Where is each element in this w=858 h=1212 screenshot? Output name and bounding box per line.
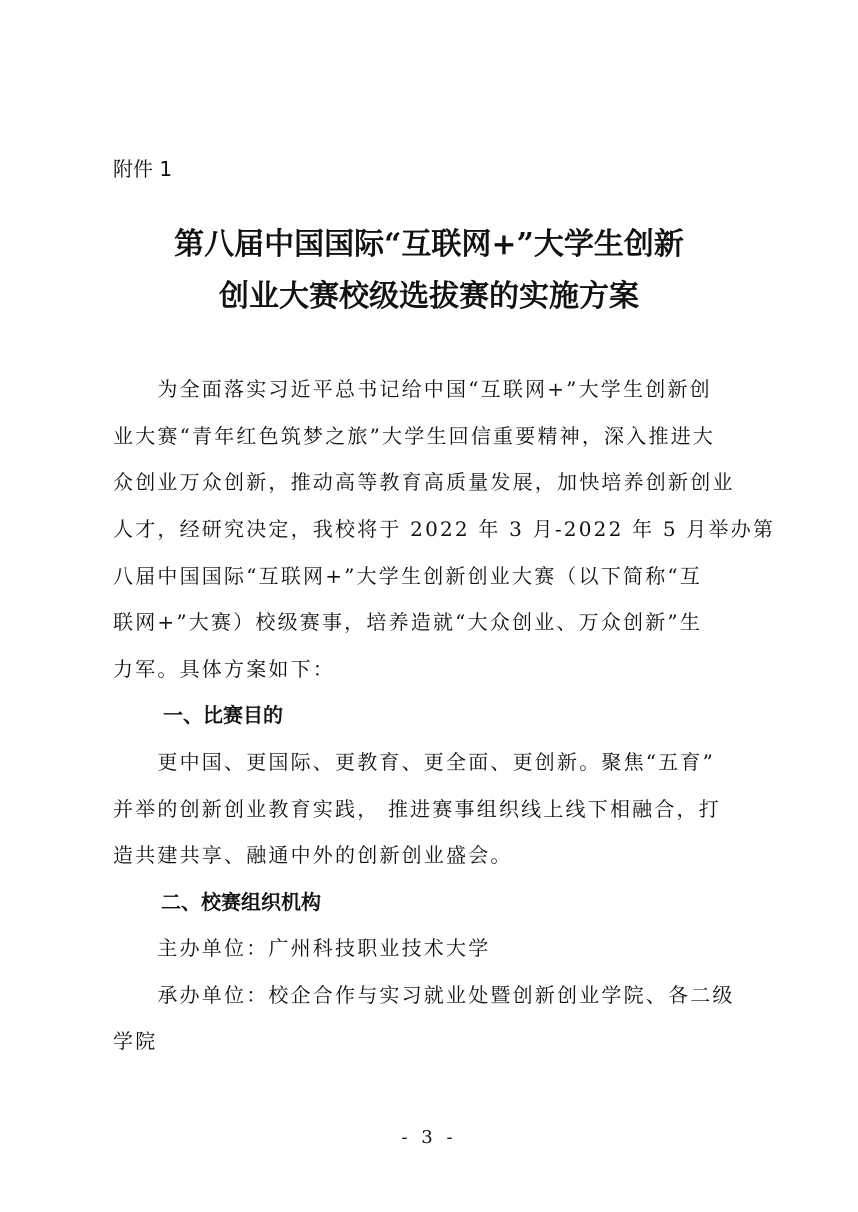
document-title-line-1: 第八届中国国际“互联网+”大学生创新 — [0, 225, 858, 265]
document-title-line-2: 创业大赛校级选拔赛的实施方案 — [0, 277, 858, 317]
intro-paragraph-line: 联网+”大赛）校级赛事，培养造就“大众创业、万众创新”生 — [113, 607, 753, 637]
purpose-paragraph-line: 更中国、更国际、更教育、更全面、更创新。聚焦“五育” — [113, 747, 753, 777]
intro-paragraph-line: 人才，经研究决定，我校将于 2022 年 3 月-2022 年 5 月举办第 — [113, 514, 753, 544]
intro-paragraph-line: 众创业万众创新，推动高等教育高质量发展，加快培养创新创业 — [113, 467, 753, 497]
organizer-unit-line: 承办单位：校企合作与实习就业处暨创新创业学院、各二级 — [113, 980, 753, 1010]
organizer-unit-line-continued: 学院 — [113, 1026, 753, 1056]
document-page: 附件 1 第八届中国国际“互联网+”大学生创新 创业大赛校级选拔赛的实施方案 为… — [0, 0, 858, 1212]
section-heading-organization: 二、校赛组织机构 — [161, 887, 321, 917]
attachment-label: 附件 1 — [113, 154, 172, 184]
intro-paragraph-line: 业大赛“青年红色筑梦之旅”大学生回信重要精神，深入推进大 — [113, 421, 753, 451]
section-heading-purpose: 一、比赛目的 — [163, 700, 283, 730]
intro-paragraph-line: 八届中国国际“互联网+”大学生创新创业大赛（以下简称“互 — [113, 561, 753, 591]
host-unit-line: 主办单位：广州科技职业技术大学 — [113, 933, 753, 963]
intro-paragraph-line: 力军。具体方案如下： — [113, 654, 753, 684]
intro-paragraph-line: 为全面落实习近平总书记给中国“互联网+”大学生创新创 — [113, 374, 753, 404]
purpose-paragraph-line: 并举的创新创业教育实践， 推进赛事组织线上线下相融合，打 — [113, 794, 753, 824]
page-number: - 3 - — [0, 1125, 858, 1151]
purpose-paragraph-line: 造共建共享、融通中外的创新创业盛会。 — [113, 840, 753, 870]
